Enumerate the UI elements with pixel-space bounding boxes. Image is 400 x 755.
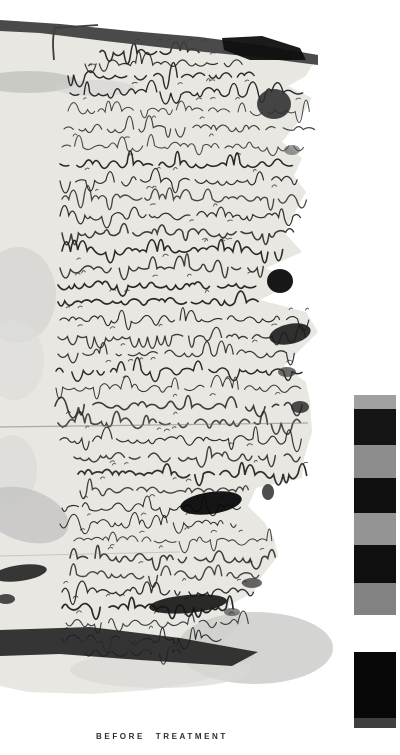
- ink-stain: [267, 269, 293, 293]
- calibration-patch-black-2: [354, 478, 396, 513]
- ink-stain: [278, 367, 296, 377]
- ink-stain: [284, 145, 300, 155]
- calibration-patch-black-1: [354, 409, 396, 445]
- ink-stain: [224, 608, 240, 616]
- calibration-patch-black-3: [354, 545, 396, 583]
- photo-plate: BEFORE TREATMENT: [0, 0, 400, 755]
- ink-stain: [257, 89, 291, 119]
- calibration-patch-gray-2: [354, 445, 396, 478]
- handwriting-diacritic: [303, 462, 308, 463]
- figure-caption: BEFORE TREATMENT: [96, 732, 228, 741]
- calibration-patch-gray-3: [354, 513, 396, 545]
- calibration-patch-gray-footer: [354, 718, 396, 728]
- handwriting-diacritic: [305, 308, 308, 310]
- calibration-patch-gray-4: [354, 583, 396, 615]
- paper-shading: [55, 80, 135, 96]
- calibration-patch-gray-1: [354, 395, 396, 409]
- calibration-patch-black-large: [354, 652, 396, 718]
- ink-stain: [242, 578, 262, 588]
- ink-stain: [262, 484, 274, 500]
- ink-stain: [291, 401, 309, 413]
- manuscript-photo: [0, 0, 400, 755]
- calibration-bar: [354, 395, 396, 728]
- calibration-patch-gap: [354, 615, 396, 652]
